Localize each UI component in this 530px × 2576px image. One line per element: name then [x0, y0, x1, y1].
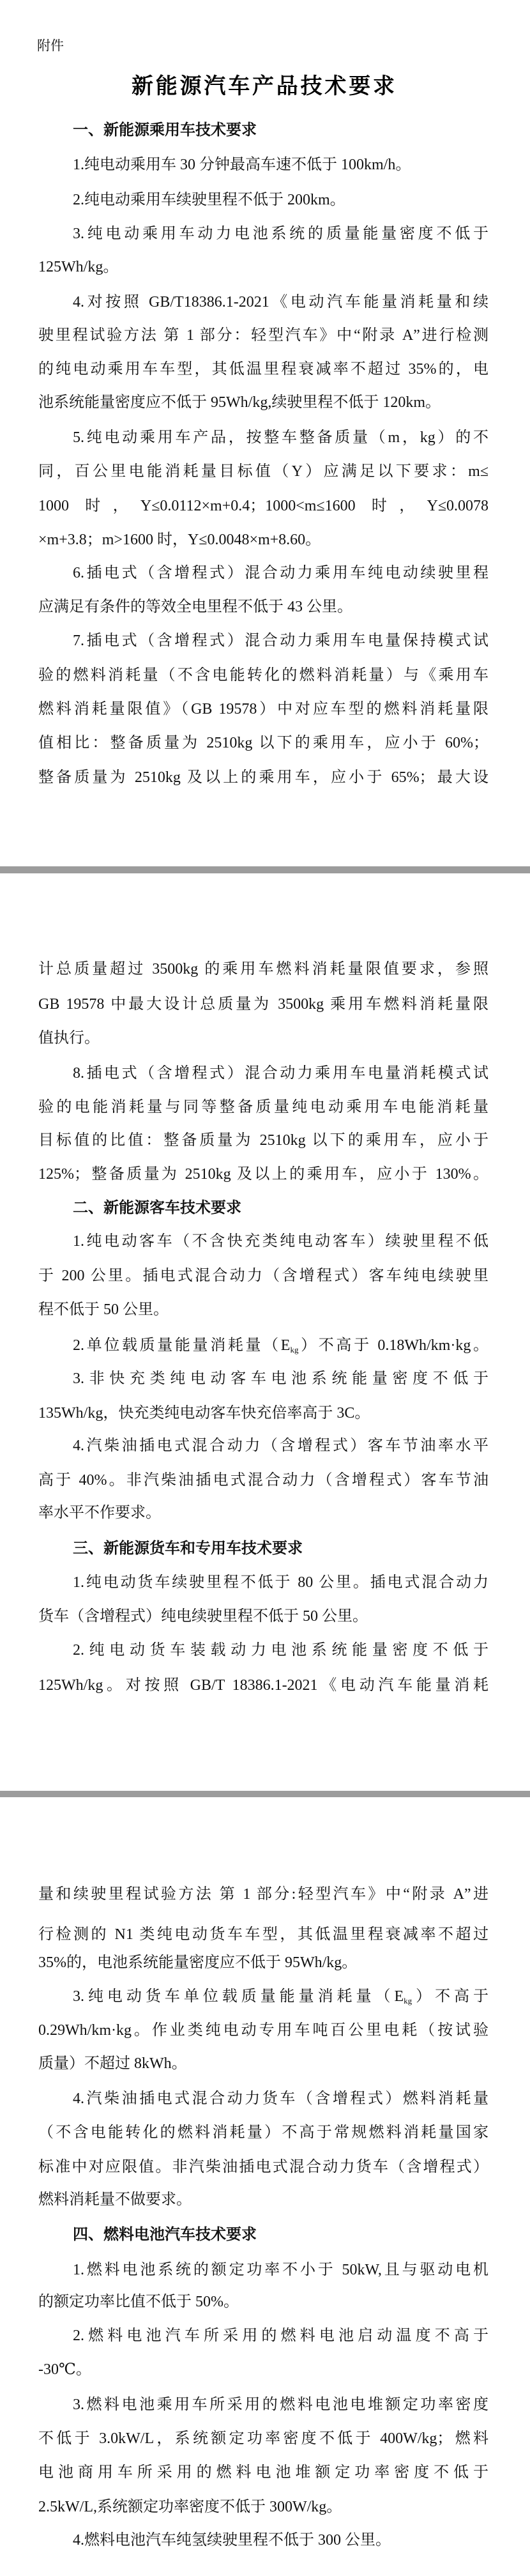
- paragraph-line: 电池商用车所采用的燃料电池堆额定功率密度不低于: [38, 2465, 488, 2480]
- paragraph-line: 行检测的 N1 类纯电动货车车型，其低温里程衰减率不超过: [38, 1927, 488, 1942]
- paragraph-line: 值相比：整备质量为 2510kg 以下的乘用车，应小于 60%；: [38, 735, 488, 751]
- document-page: [0, 1797, 530, 2576]
- document-title: 新能源汽车产品技术要求: [132, 75, 395, 97]
- paragraph-line: 125%；整备质量为 2510kg 及以上的乘用车，应小于 130%。: [38, 1167, 488, 1182]
- paragraph-line: 6.插电式（含增程式）混合动力乘用车纯电动续驶里程: [73, 565, 488, 581]
- paragraph-line: 3.纯电动货车单位载质量能量消耗量（Ekg）不高于: [73, 1989, 488, 2004]
- paragraph-line: GB 19578 中最大设计总质量为 3500kg 乘用车燃料消耗量限: [38, 997, 488, 1012]
- paragraph-line: 燃料消耗量不做要求。: [38, 2192, 192, 2207]
- paragraph-line: 7.插电式（含增程式）混合动力乘用车电量保持模式试: [73, 633, 488, 648]
- paragraph-line: 2.纯电动货车装载动力电池系统能量密度不低于: [73, 1643, 488, 1658]
- paragraph-line: 不低于 3.0kW/L，系统额定功率密度不低于 400W/kg；燃料: [38, 2431, 488, 2446]
- paragraph-line: 4.燃料电池汽车纯氢续驶里程不低于 300 公里。: [73, 2533, 391, 2548]
- paragraph-line: 2.燃料电池汽车所采用的燃料电池启动温度不高于: [73, 2328, 488, 2343]
- paragraph-line: 的额定功率比值不低于 50%。: [38, 2294, 239, 2310]
- paragraph-line: 4.对按照 GB/T18386.1-2021《电动汽车能量消耗量和续: [73, 295, 488, 310]
- section-heading: 三、新能源货车和专用车技术要求: [73, 1540, 303, 1556]
- section-heading: 二、新能源客车技术要求: [73, 1200, 241, 1215]
- paragraph-line: 3.纯电动乘用车动力电池系统的质量能量密度不低于: [73, 226, 488, 241]
- paragraph-line: 于 200 公里。插电式混合动力（含增程式）客车纯电续驶里: [38, 1268, 488, 1284]
- paragraph-line: 4.汽柴油插电式混合动力货车（含增程式）燃料消耗量: [73, 2091, 488, 2106]
- section-heading: 一、新能源乘用车技术要求: [73, 122, 257, 137]
- paragraph-line: 驶里程试验方法 第 1 部分：轻型汽车》中“附录 A”进行检测: [38, 328, 488, 343]
- attachment-label: 附件: [37, 40, 64, 53]
- paragraph-line: 8.插电式（含增程式）混合动力乘用车电量消耗模式试: [73, 1066, 488, 1081]
- paragraph-line: 燃料消耗量限值》（GB 19578）中对应车型的燃料消耗量限: [38, 701, 488, 717]
- paragraph-line: 目标值的比值：整备质量为 2510kg 以下的乘用车，应小于: [38, 1133, 488, 1148]
- page-break-divider: [0, 866, 530, 873]
- paragraph-line: 1000 时，Y≤0.0112×m+0.4；1000<m≤1600 时，Y≤0.…: [38, 498, 488, 514]
- paragraph-line: 标准中对应限值。非汽柴油插电式混合动力货车（含增程式）: [38, 2159, 488, 2175]
- paragraph-line: 货车（含增程式）纯电续驶里程不低于 50 公里。: [38, 1609, 368, 1624]
- section-heading: 四、燃料电池汽车技术要求: [73, 2227, 257, 2242]
- paragraph-line: 计总质量超过 3500kg 的乘用车燃料消耗量限值要求，参照: [38, 962, 488, 977]
- paragraph-line: 2.单位载质量能量消耗量（Ekg）不高于 0.18Wh/km·kg。: [73, 1338, 488, 1353]
- paragraph-line: 应满足有条件的等效全电里程不低于 43 公里。: [38, 599, 352, 615]
- paragraph-line: 1.纯电动客车（不含快充类纯电动客车）续驶里程不低: [73, 1234, 488, 1249]
- paragraph-line: 池系统能量密度应不低于 95Wh/kg,续驶里程不低于 120km。: [38, 395, 441, 410]
- paragraph-line: 高于 40%。非汽柴油插电式混合动力（含增程式）客车节油: [38, 1473, 488, 1488]
- paragraph-line: 125Wh/kg。: [38, 259, 118, 275]
- paragraph-line: -30℃。: [38, 2362, 91, 2377]
- paragraph-line: 1.纯电动乘用车 30 分钟最高车速不低于 100km/h。: [73, 157, 411, 172]
- paragraph-line: 5.纯电动乘用车产品，按整车整备质量（m，kg）的不: [73, 430, 488, 445]
- paragraph-line: 验的电能消耗量与同等整备质量纯电动乘用车电能消耗量: [38, 1100, 488, 1115]
- paragraph-line: （不含电能转化的燃料消耗量）不高于常规燃料消耗量国家: [38, 2125, 488, 2140]
- paragraph-line: 值执行。: [38, 1031, 100, 1046]
- paragraph-line: 3.燃料电池乘用车所采用的燃料电池电堆额定功率密度: [73, 2397, 488, 2412]
- paragraph-line: 验的燃料消耗量（不含电能转化的燃料消耗量）与《乘用车: [38, 668, 488, 683]
- paragraph-line: 1.纯电动货车续驶里程不低于 80 公里。插电式混合动力: [73, 1575, 488, 1590]
- paragraph-line: 程不低于 50 公里。: [38, 1302, 169, 1317]
- paragraph-line: 的纯电动乘用车车型，其低温里程衰减率不超过 35%的，电: [38, 362, 488, 377]
- paragraph-line: 整备质量为 2510kg 及以上的乘用车，应小于 65%；最大设: [38, 770, 488, 785]
- paragraph-line: 1.燃料电池系统的额定功率不小于 50kW,且与驱动电机: [73, 2262, 488, 2278]
- subscript-kg: kg: [404, 1996, 412, 2005]
- paragraph-line: 135Wh/kg，快充类纯电动客车快充倍率高于 3C。: [38, 1406, 370, 1421]
- paragraph-line: ×m+3.8；m>1600 时，Y≤0.0048×m+8.60。: [38, 532, 321, 548]
- page-break-divider: [0, 1791, 530, 1797]
- paragraph-line: 3.非快充类纯电动客车电池系统能量密度不低于: [73, 1371, 488, 1386]
- paragraph-line: 率水平不作要求。: [38, 1505, 161, 1521]
- paragraph-line: 35%的，电池系统能量密度应不低于 95Wh/kg。: [38, 1955, 357, 1970]
- paragraph-line: 0.29Wh/km·kg。作业类纯电动专用车吨百公里电耗（按试验: [38, 2023, 488, 2038]
- paragraph-line: 4.汽柴油插电式混合动力（含增程式）客车节油率水平: [73, 1438, 488, 1453]
- paragraph-line: 2.5kW/L,系统额定功率密度不低于 300W/kg。: [38, 2499, 342, 2515]
- paragraph-line: 量和续驶里程试验方法 第 1 部分:轻型汽车》中“附录 A”进: [38, 1887, 488, 1902]
- paragraph-line: 2.纯电动乘用车续驶里程不低于 200km。: [73, 192, 345, 208]
- paragraph-line: 同，百公里电能消耗量目标值（Y）应满足以下要求：m≤: [38, 464, 488, 479]
- subscript-kg: kg: [290, 1345, 298, 1354]
- paragraph-line: 125Wh/kg。对按照 GB/T 18386.1-2021《电动汽车能量消耗: [38, 1678, 488, 1693]
- paragraph-line: 质量）不超过 8kWh。: [38, 2056, 187, 2071]
